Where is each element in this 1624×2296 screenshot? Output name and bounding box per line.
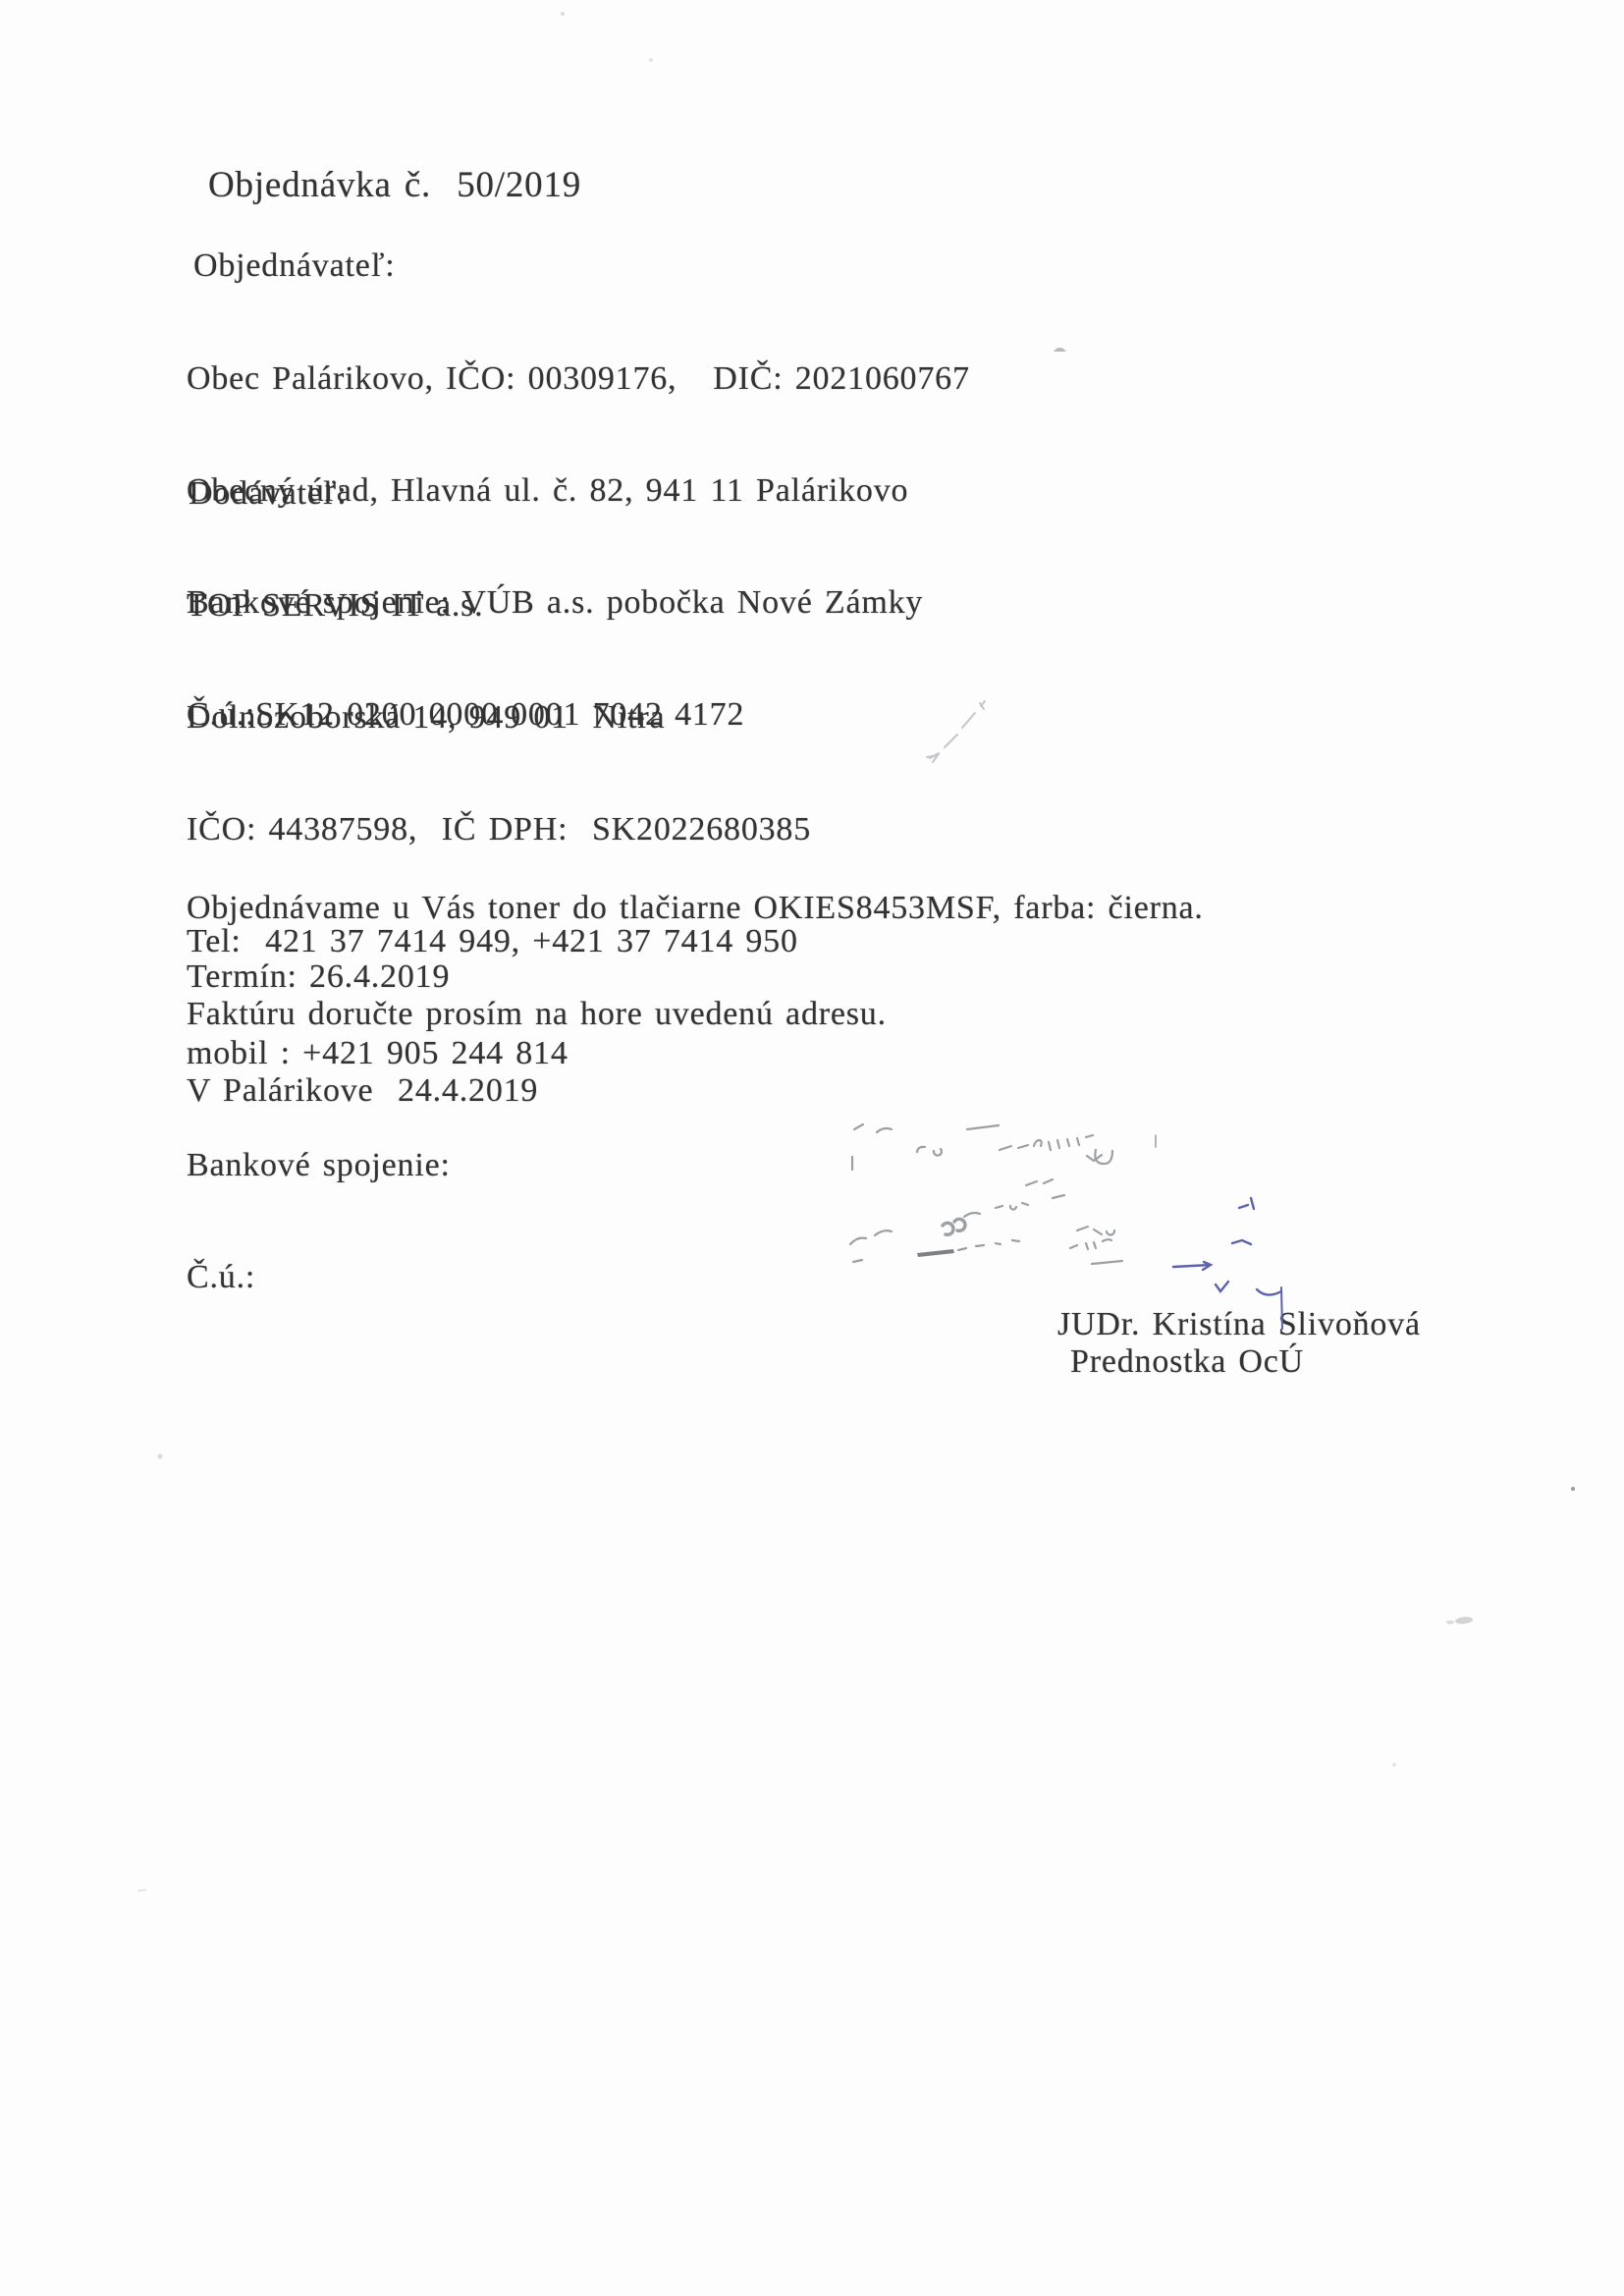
supplier-line-mobile: mobil : +421 905 244 814 xyxy=(187,1035,811,1072)
supplier-heading: Dodávateľ: xyxy=(189,475,348,513)
stamp-underline xyxy=(917,1249,954,1257)
place-date-line: V Palárikove 24.4.2019 xyxy=(187,1072,538,1110)
order-body-text: Objednávame u Vás toner do tlačiarne OKI… xyxy=(187,890,1204,927)
scanned-order-document: Objednávka č. 50/2019 Objednávateľ: Obec… xyxy=(0,0,1624,2296)
signatory-name: JUDr. Kristína Slivoňová xyxy=(1057,1306,1421,1343)
order-number-title: Objednávka č. 50/2019 xyxy=(208,167,581,204)
term-line: Termín: 26.4.2019 xyxy=(187,958,450,996)
supplier-line-ico-icdph: IČO: 44387598, IČ DPH: SK2022680385 xyxy=(187,811,811,848)
invoice-instruction-line: Faktúru doručte prosím na hore uvedenú a… xyxy=(187,996,887,1033)
stamp-signature-icon xyxy=(850,1124,1156,1264)
supplier-line-company: TOP SERVIS IT a.s. xyxy=(187,587,811,625)
supplier-line-account: Č.ú.: xyxy=(187,1259,811,1296)
supplier-details: TOP SERVIS IT a.s. Dolnozoborská 14, 949… xyxy=(187,513,811,1371)
supplier-line-bank: Bankové spojenie: xyxy=(187,1147,811,1184)
supplier-line-address: Dolnozoborská 14, 949 01 Nitra xyxy=(187,699,811,737)
supplier-line-phone: Tel: 421 37 7414 949, +421 37 7414 950 xyxy=(187,923,811,960)
signatory-title: Prednostka OcÚ xyxy=(1070,1343,1304,1381)
orderer-heading: Objednávateľ: xyxy=(193,247,395,285)
orderer-line-company-ico-dic: Obec Palárikovo, IČO: 00309176, DIČ: 202… xyxy=(187,360,970,398)
